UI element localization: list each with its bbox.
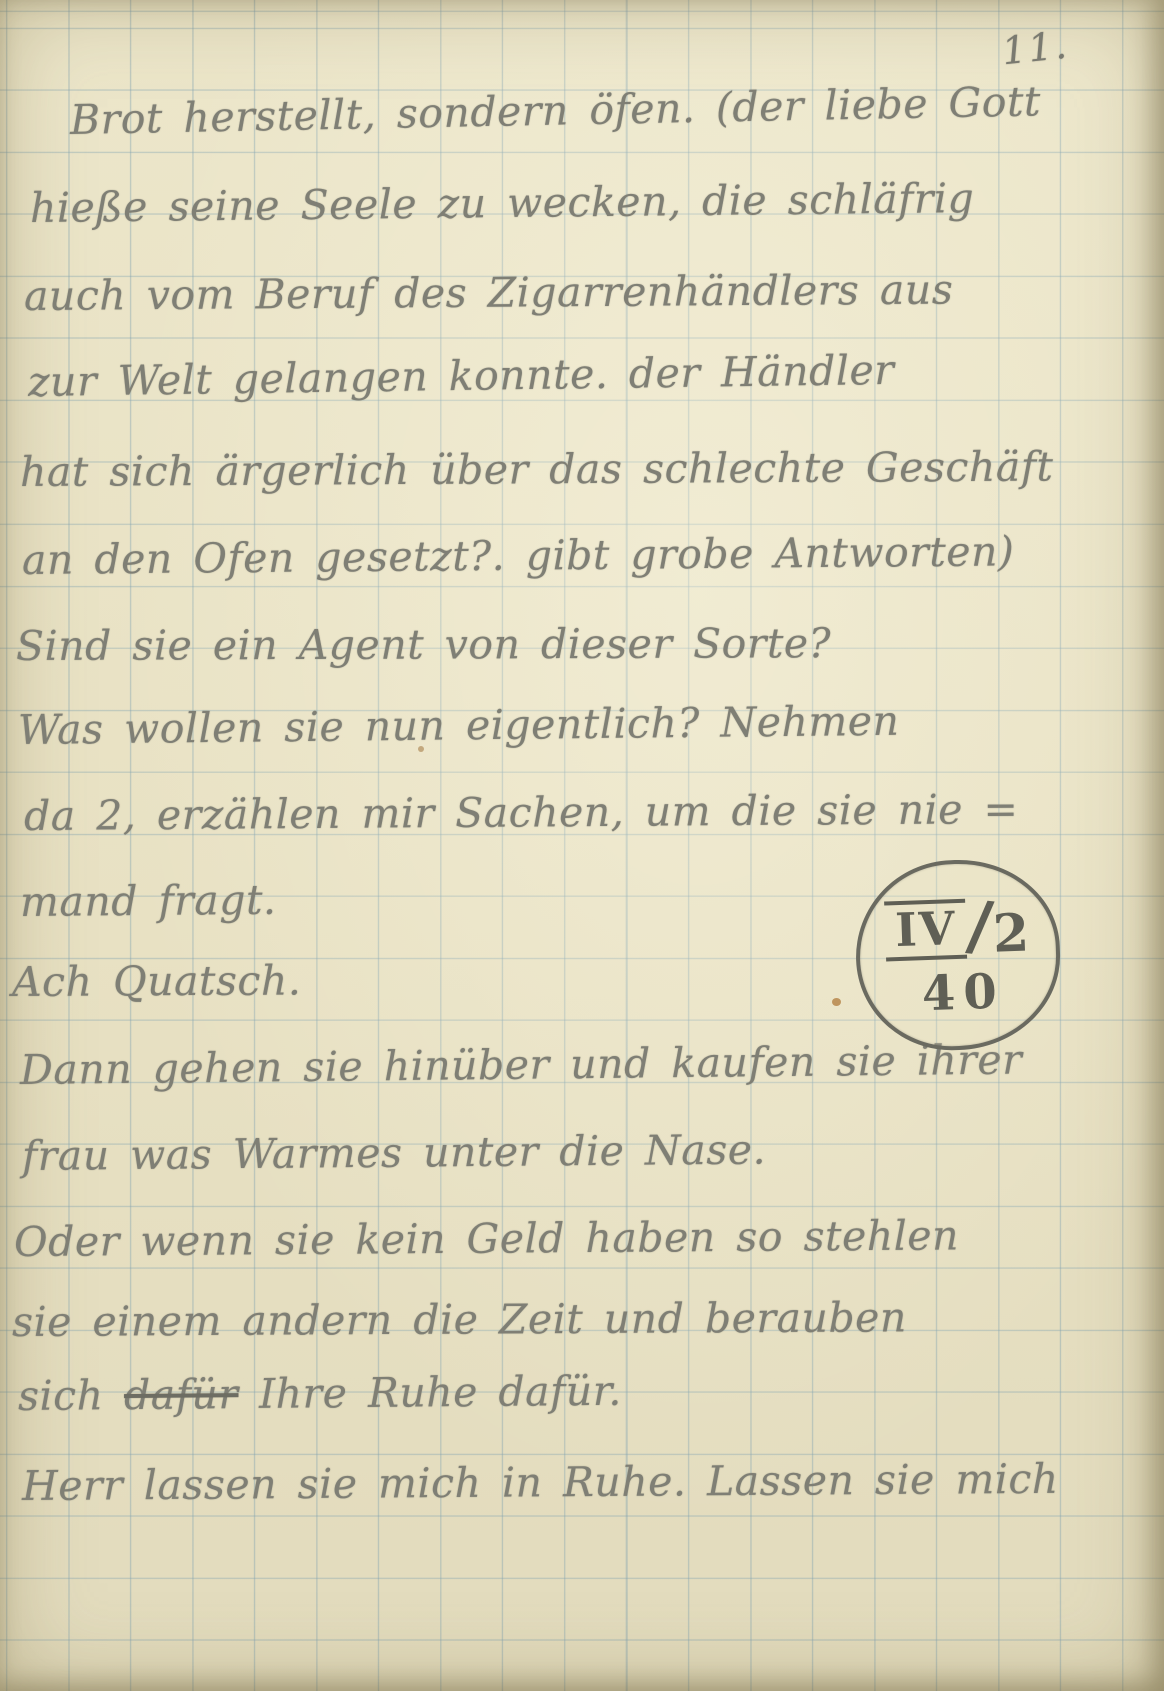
archive-stamp-circle: IV / 2 40 — [853, 856, 1064, 1053]
struck-word: dafür — [124, 1370, 239, 1419]
manuscript-page: 11. Brot herstellt, sondern öfen. (der l… — [0, 0, 1164, 1691]
handwritten-line: Was wollen sie nun eigentlich? Nehmen — [18, 697, 900, 754]
handwritten-line: sie einem andern die Zeit und berauben — [12, 1293, 907, 1346]
handwritten-line: da 2, erzählen mir Sachen, um die sie ni… — [24, 785, 1019, 840]
stamp-bottom-number: 40 — [921, 967, 1005, 1018]
handwritten-line: Sind sie ein Agent von dieser Sorte? — [16, 619, 831, 670]
stamp-bottom-row: 40 — [913, 963, 1006, 1018]
handwritten-line: auch vom Beruf des Zigarrenhändlers aus — [24, 266, 954, 320]
line-text: Ihre Ruhe dafür. — [238, 1367, 622, 1418]
handwritten-line: Brot herstellt, sondern öfen. (der liebe… — [70, 77, 1042, 144]
handwritten-line: mand fragt. — [20, 876, 277, 926]
stamp-roman-numeral: IV — [884, 899, 967, 962]
page-number: 11. — [1000, 23, 1071, 74]
handwritten-line: zur Welt gelangen konnte. der Händler — [28, 346, 895, 406]
handwritten-line: frau was Warmes unter die Nase. — [22, 1126, 766, 1180]
handwritten-line: Ach Quatsch. — [12, 956, 302, 1006]
stamp-top-row: IV / 2 — [884, 891, 1030, 968]
handwritten-line-with-strikethrough: sich dafür Ihre Ruhe dafür. — [18, 1367, 622, 1420]
stamp-slash-number: 2 — [992, 908, 1030, 961]
handwritten-line: hat sich ärgerlich über das schlechte Ge… — [20, 443, 1054, 496]
paper-speck — [832, 998, 841, 1006]
handwritten-line: Oder wenn sie kein Geld haben so stehlen — [14, 1211, 959, 1266]
paper-speck — [418, 746, 424, 752]
handwritten-line: an den Ofen gesetzt?. gibt grobe Antwort… — [22, 527, 1015, 584]
line-text: sich — [18, 1371, 124, 1420]
handwritten-line: hieße seine Seele zu wecken, die schläfr… — [30, 174, 975, 232]
stamp-slash: / — [965, 891, 996, 959]
handwritten-line: Herr lassen sie mich in Ruhe. Lassen sie… — [22, 1455, 1059, 1510]
handwritten-line: Dann gehen sie hinüber und kaufen sie ih… — [20, 1036, 1023, 1094]
